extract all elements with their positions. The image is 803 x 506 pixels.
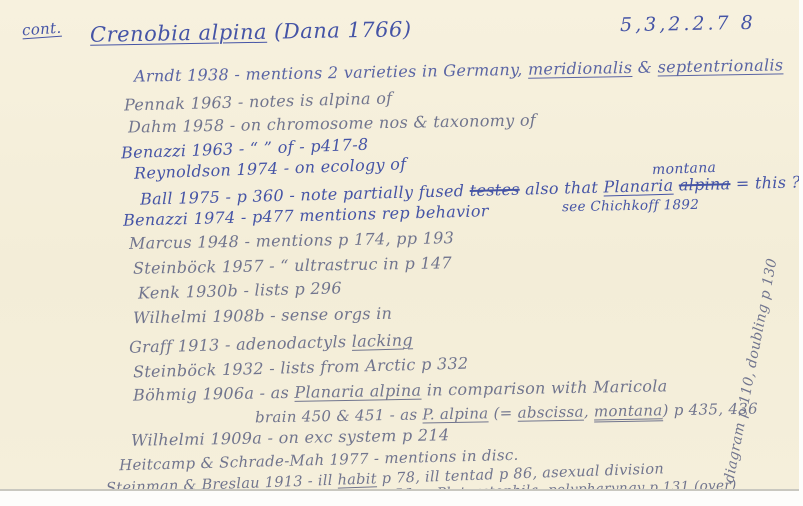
species-authority: (Dana 1766) — [267, 17, 412, 44]
card-number: 5,3,2.2.7 8 — [620, 12, 756, 36]
entry-text: Böhmig 1906a - as — [133, 383, 295, 405]
underlined-term: meridionalis — [528, 58, 633, 79]
entry-dahm-1958: Dahm 1958 - on chromosome nos & taxonomy… — [128, 110, 536, 136]
entry-text: also that — [519, 178, 603, 199]
underlined-term: Planaria alpina — [294, 381, 421, 402]
entry-marcus-1948: Marcus 1948 - mentions p 174, pp 193 — [129, 228, 454, 253]
index-card: 5,3,2.2.7 8 cont. Crenobia alpina (Dana … — [0, 0, 799, 491]
entry-graff-1913: Graff 1913 - adenodactyls lacking — [129, 330, 413, 356]
entry-text: (= — [488, 404, 517, 423]
card-title: Crenobia alpina (Dana 1766) — [90, 17, 412, 47]
underlined-term: abscissa — [517, 403, 583, 422]
entry-text: , — [584, 402, 594, 420]
entry-wilhelmi-1909a: Wilhelmi 1909a - on exc system p 214 — [131, 425, 450, 450]
entry-steinbock-1957: Steinböck 1957 - “ ultrastruc in p 147 — [133, 253, 452, 278]
entry-text: Arndt 1938 - mentions 2 varieties in Ger… — [134, 60, 528, 86]
entry-text: in comparison with Maricola — [421, 376, 667, 399]
entry-kenk-1930b: Kenk 1930b - lists p 296 — [138, 278, 342, 302]
entry-text: & — [632, 58, 658, 77]
underlined-term: montana — [594, 401, 663, 422]
correction-above-montana: montana — [652, 160, 717, 178]
entry-text: = this ? — [730, 172, 799, 193]
entry-steinbock-1932: Steinböck 1932 - lists from Arctic p 332 — [133, 354, 469, 382]
entry-bohmig-continuation: brain 450 & 451 - as P. alpina (= abscis… — [255, 400, 758, 427]
scanned-index-card-page: { "card": { "number": "5,3,2.2.7 8", "co… — [0, 0, 803, 506]
underlined-term: Planaria — [603, 176, 673, 197]
underlined-term: septentrionalis — [657, 55, 783, 76]
entry-pennak-1963: Pennak 1963 - notes is alpina of — [124, 88, 393, 114]
struck-term: testes — [469, 180, 520, 200]
entry-wilhelmi-1908b: Wilhelmi 1908b - sense orgs in — [133, 304, 392, 328]
underlined-term: Pl. teratophila — [437, 483, 539, 491]
underlined-term: P. alpina — [422, 404, 488, 423]
margin-note-vertical: diagram p 110, doubling p 130 — [721, 257, 780, 484]
cont-label: cont. — [21, 19, 62, 40]
species-name: Crenobia alpina — [90, 20, 267, 47]
entry-bohmig-1906a: Böhmig 1906a - as Planaria alpina in com… — [133, 376, 668, 404]
entry-text: brain 450 & 451 - as — [255, 405, 423, 426]
underlined-term: lacking — [352, 330, 414, 351]
struck-term: alpina — [679, 174, 731, 194]
subnote-chichkoff: see Chichkoff 1892 — [562, 197, 699, 215]
entry-arndt-1938: Arndt 1938 - mentions 2 varieties in Ger… — [134, 55, 784, 85]
entry-text: Graff 1913 - adenodactyls — [129, 332, 352, 357]
